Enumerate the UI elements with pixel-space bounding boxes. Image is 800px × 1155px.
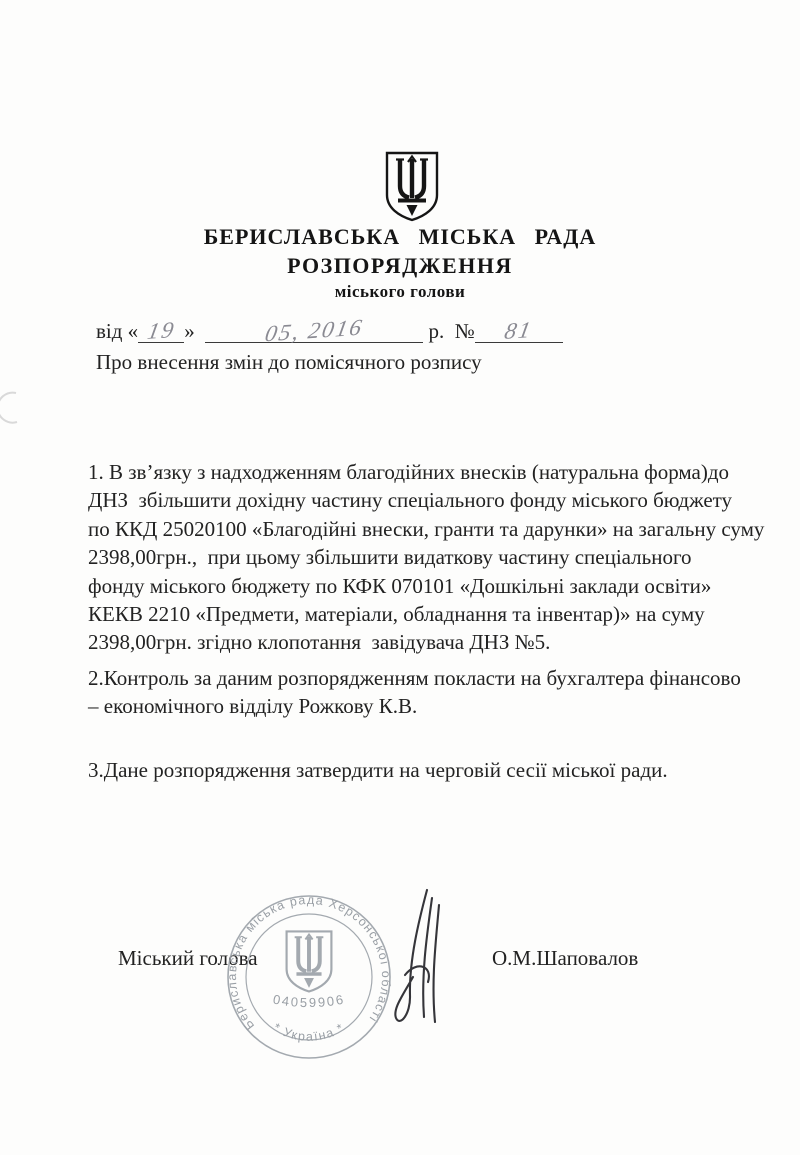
date-prefix: від « [96,319,138,343]
date-number-line: від «19» 05, 2016 р. №81 [96,318,563,344]
paragraph-line: 3.Дане розпорядження затвердити на черго… [88,756,733,784]
handwritten-signature [383,878,453,1038]
spacer [195,319,206,343]
stamp-country-text: * Україна * [271,1020,347,1043]
paragraph-line: по ККД 25020100 «Благодійні внески, гран… [88,515,733,543]
scan-artifact-mark [0,390,26,426]
handwritten-number: 81 [503,317,535,345]
handwritten-month-year: 05, 2016 [263,315,366,348]
day-field: 19 [138,318,184,343]
paragraph-line: 1. В зв’язку з надходженням благодійних … [88,458,733,486]
paragraph-1: 1. В зв’язку з надходженням благодійних … [88,458,733,657]
stamp-country-textpath: * Україна * [271,1020,347,1043]
stamp-code: 04059906 [272,992,346,1011]
stamp-trident-icon [287,931,332,991]
document-header: БЕРИСЛАВСЬКА МІСЬКА РАДА РОЗПОРЯДЖЕННЯ м… [0,224,800,302]
paragraph-3: 3.Дане розпорядження затвердити на черго… [88,756,733,784]
paragraph-line: фонду міського бюджету по КФК 070101 «До… [88,572,733,600]
paragraph-2: 2.Контроль за даним розпорядженням покла… [88,664,733,721]
official-round-stamp: Бериславська міська рада Херсонської обл… [224,892,394,1062]
number-field: 81 [475,318,563,343]
paragraph-line: 2398,00грн. згідно клопотання завідувача… [88,628,733,656]
month-year-field: 05, 2016 [205,318,423,343]
signer-name: О.М.Шаповалов [492,946,638,971]
paragraph-line: – економічного відділу Рожкову К.В. [88,692,733,720]
scanned-document-page: БЕРИСЛАВСЬКА МІСЬКА РАДА РОЗПОРЯДЖЕННЯ м… [0,0,800,1155]
paragraph-line: ДНЗ збільшити дохідну частину спеціально… [88,486,733,514]
handwritten-day: 19 [145,317,177,345]
org-name: БЕРИСЛАВСЬКА МІСЬКА РАДА [0,224,800,250]
paragraph-line: 2398,00грн., при цьому збільшити видатко… [88,543,733,571]
document-subject: Про внесення змін до помісячного розпису [96,350,482,375]
stamp-code-textpath: 04059906 [272,992,346,1011]
document-subtype: міського голови [0,282,800,302]
year-suffix: р. № [423,319,475,343]
paragraph-line: КЕКВ 2210 «Предмети, матеріали, обладнан… [88,600,733,628]
document-type-title: РОЗПОРЯДЖЕННЯ [0,253,800,279]
close-quote: » [184,319,195,343]
paragraph-line: 2.Контроль за даним розпорядженням покла… [88,664,733,692]
ukraine-trident-emblem-icon [383,150,441,222]
